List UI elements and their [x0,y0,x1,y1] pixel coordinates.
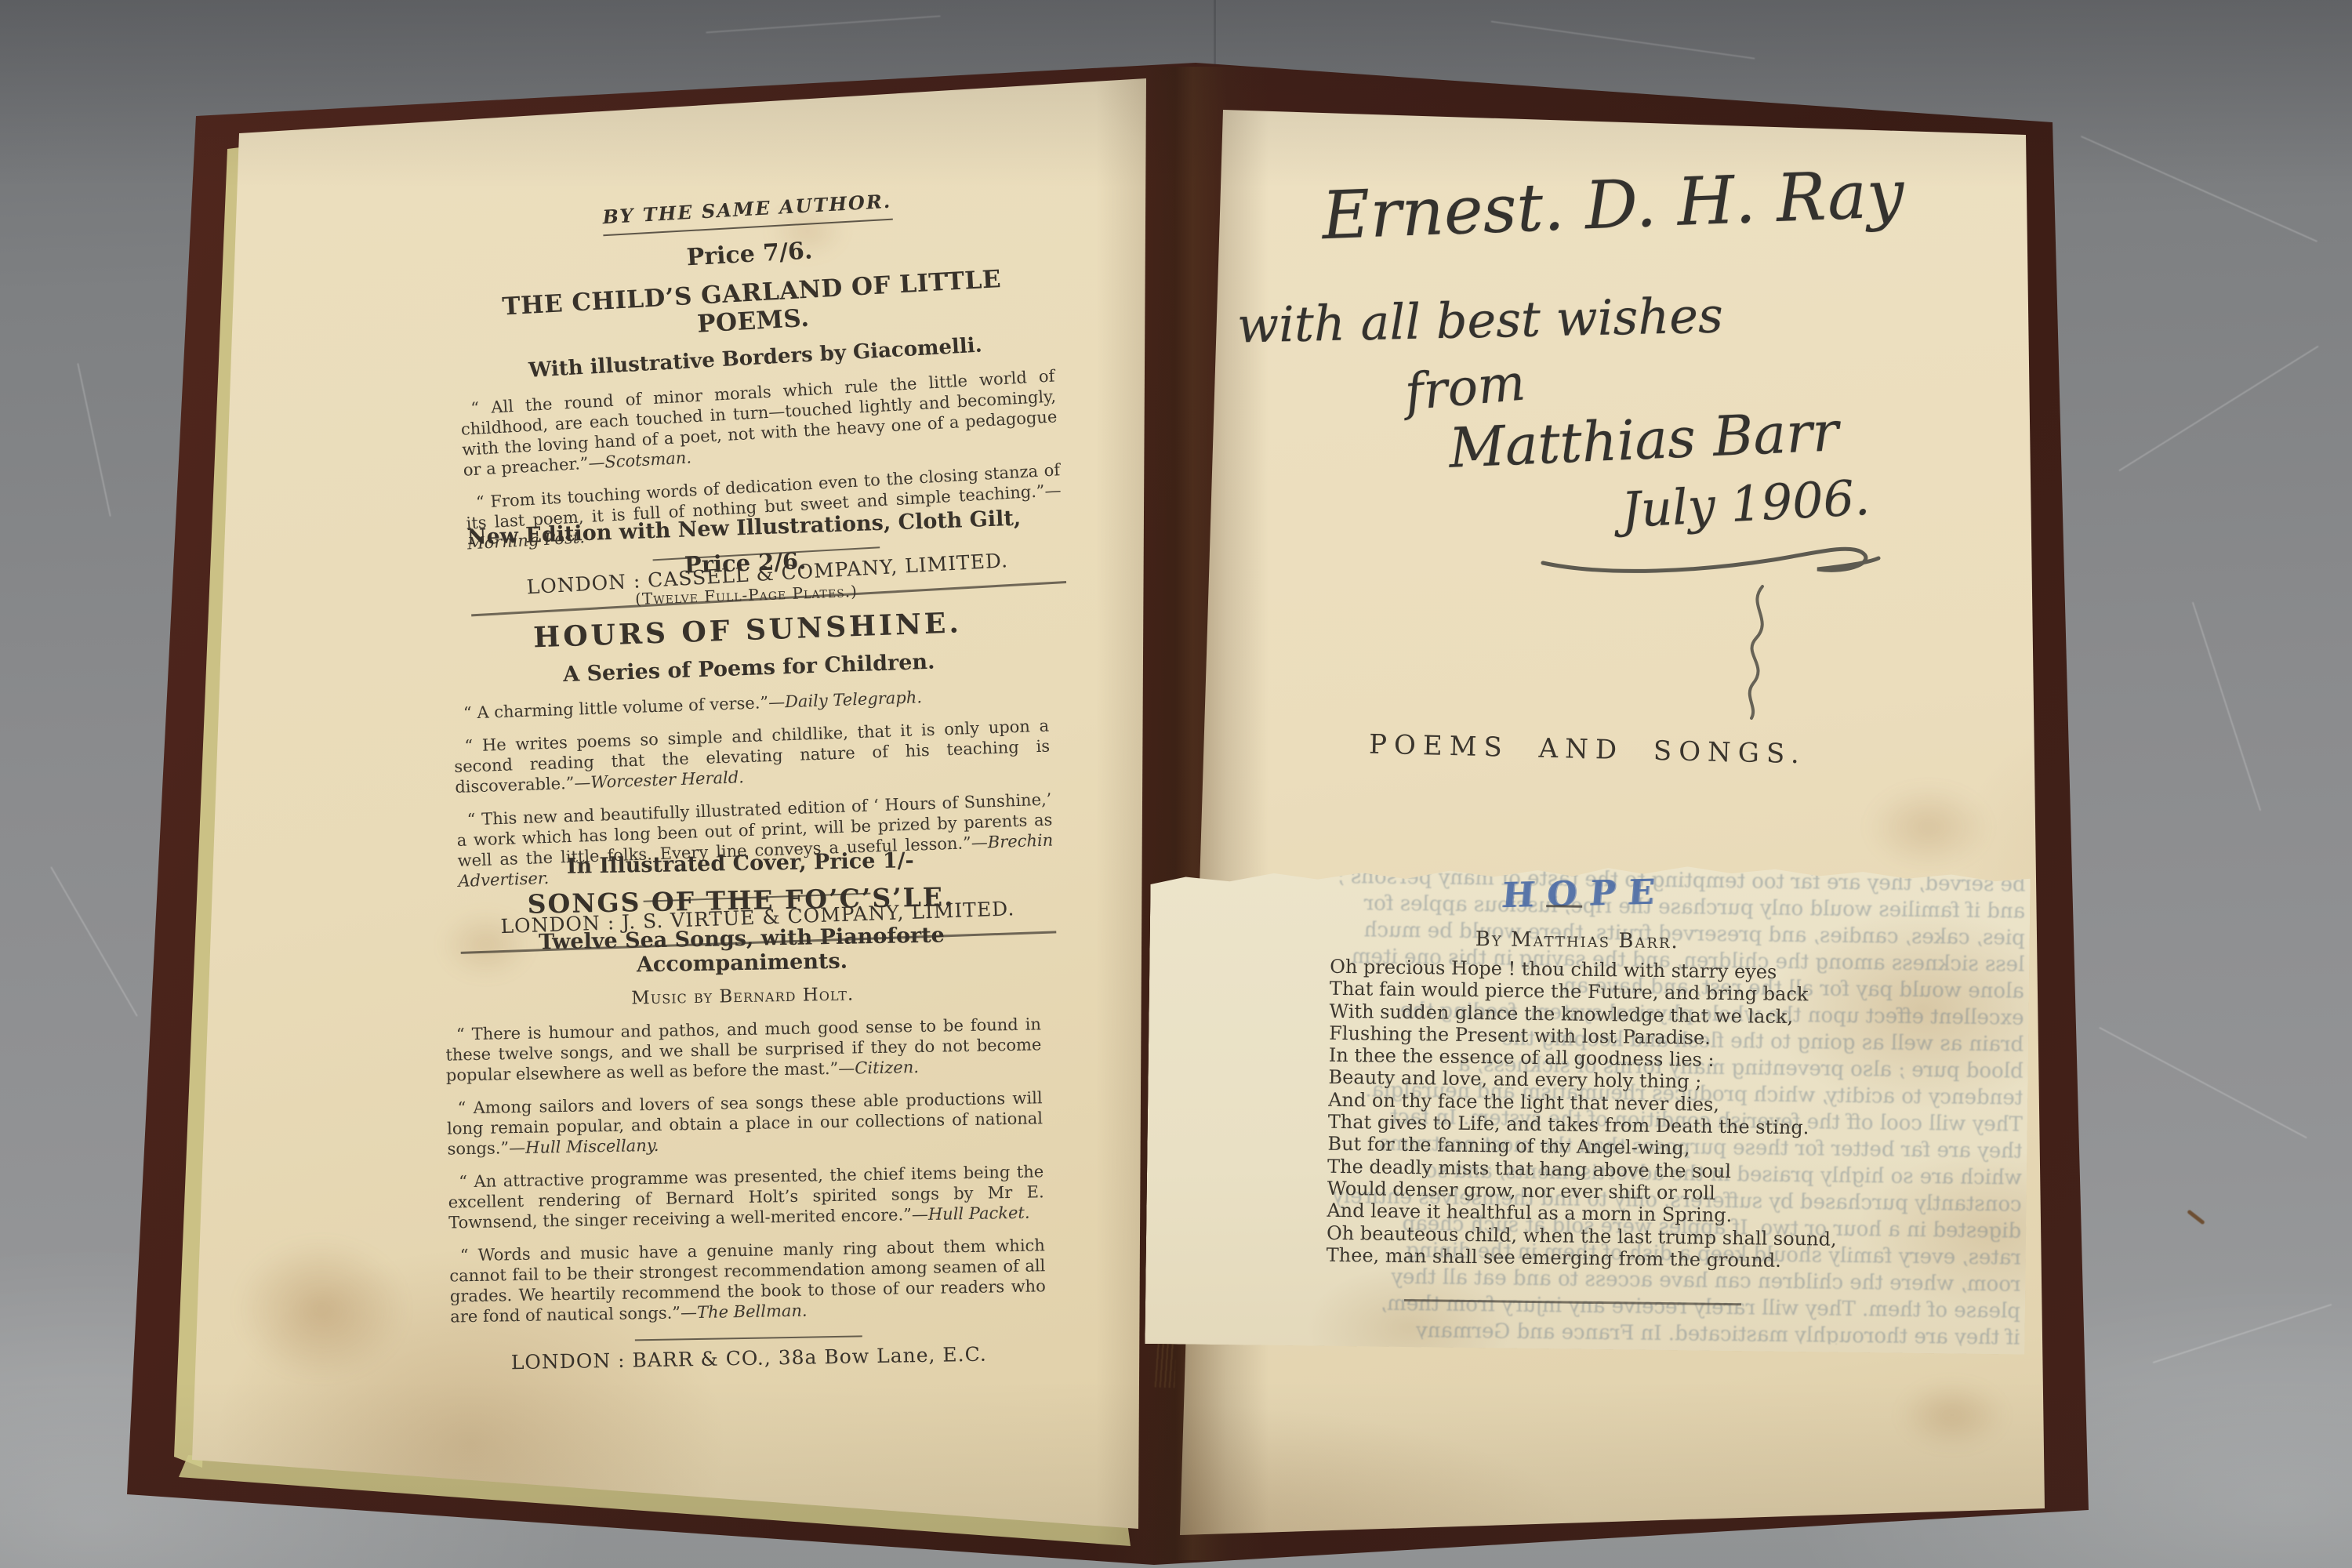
quote-source: Scotsman. [604,448,692,471]
quote-text: “ A charming little volume of verse.”— [463,692,786,722]
pen-flourish [1538,532,1883,582]
review-quote: “ Among sailors and lovers of sea songs … [446,1087,1043,1159]
quote-text: “ He writes poems so simple and childlik… [454,717,1050,797]
book-subtitle: Twelve Sea Songs, with Pianoforte Accomp… [444,921,1040,980]
review-quote: “ He writes poems so simple and childlik… [453,716,1051,797]
quote-source: Worcester Herald. [590,768,744,792]
foxing-stain [235,1239,408,1380]
inscription-from: from [1403,354,1527,422]
book-title: SONGS OF THE FO’C’S’LE. [443,880,1040,920]
review-quote: “ Words and music have a genuine manly r… [449,1235,1047,1327]
foxing-stain [1897,1380,2007,1450]
advert-section-songs-focsle: In Illustrated Cover, Price 1/- SONGS OF… [442,846,1047,1374]
handwritten-title-hope: HOPE [1500,872,1668,916]
poem-byline: By Matthias Barr. [1475,927,1679,953]
review-quote: “ An attractive programme was presented,… [448,1161,1044,1232]
review-quote: “ There is humour and pathos, and much g… [445,1014,1042,1085]
music-credit-line: Music by Bernard Holt. [445,981,1040,1011]
quote-source: Hull Packet. [928,1203,1030,1224]
quote-text: “ There is humour and pathos, and much g… [445,1014,1041,1084]
title-rule-dash [1546,905,1582,908]
section-rule [635,1335,862,1341]
inscription-wishes: with all best wishes [1236,287,1723,354]
quote-source: Hull Miscellany. [525,1136,659,1157]
foxing-stain [1866,784,1991,870]
quote-source: Daily Telegraph. [785,688,923,711]
photo-open-book: BY THE SAME AUTHOR. Price 7/6. THE CHILD… [0,0,2352,1568]
quote-source: The Bellman. [697,1301,808,1322]
review-quote: “ A charming little volume of verse.”—Da… [452,683,1048,724]
quote-text: “ All the round of minor morals which ru… [460,366,1058,479]
quote-source: Citizen. [855,1058,919,1077]
poem-text: Oh precious Hope ! thou child with starr… [1327,956,1840,1272]
pasted-poem-slip: be served, they are far too tempting to … [1145,853,2031,1355]
pen-squiggle [1734,582,1781,723]
review-quote: “ All the round of minor morals which ru… [459,365,1059,480]
